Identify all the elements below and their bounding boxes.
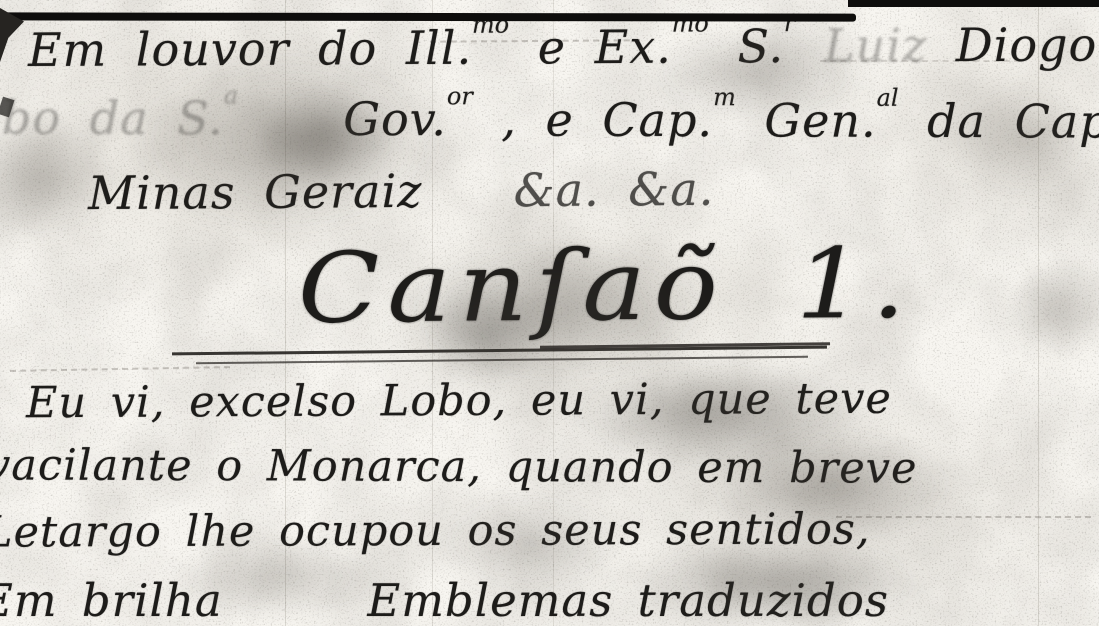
verse-line-1: Eu vi, excelso Lobo, eu vi, que teve <box>26 374 892 429</box>
smudged-word: bo da S. <box>2 91 224 146</box>
verse-text: Eu vi, excelso Lobo, eu vi, que teve <box>26 374 892 429</box>
verse-line-2: vacilante o Monarca, quando em breve <box>0 440 918 493</box>
etcetera-abbreviation: &a. &a. <box>513 162 714 217</box>
abbreviation-superscript: or <box>447 82 473 110</box>
abbreviation-superscript: a <box>224 81 238 109</box>
page-title: Canſaõ 1. <box>298 227 914 345</box>
heading-text: Diogo Lo <box>956 17 1099 72</box>
verse-line-3: Letargo lhe ocupou os seus sentidos, <box>0 504 871 557</box>
verse-text: Emblemas traduzidos <box>367 574 889 626</box>
heading-text: Gen. <box>764 93 876 147</box>
verse-text: vacilante o Monarca, quando em breve <box>0 440 918 493</box>
heading-text: e Ex. <box>538 20 672 75</box>
abbreviation-superscript: m <box>713 83 736 111</box>
heading-line-3: Minas Geraiz &a. &a. <box>88 162 715 220</box>
heading-text: Minas Geraiz <box>88 164 423 220</box>
scan-edge-top-left <box>0 12 856 21</box>
abbreviation-superscript: al <box>877 84 899 112</box>
verse-text: Letargo lhe ocupou os seus sentidos, <box>0 504 871 557</box>
title-word: Canſaõ <box>298 228 726 345</box>
heading-text: da Capitania de <box>927 94 1099 149</box>
verse-line-4: Em brilha Emblemas traduzidos <box>0 574 889 626</box>
verse-text: Em brilha <box>0 574 223 626</box>
heading-line-1: Em louvor do Ill.mo e Ex.mo S.r Luiz Dio… <box>28 17 1099 77</box>
guide-line <box>836 516 1091 518</box>
heading-text: Gov. <box>343 92 447 146</box>
smudged-word: Luiz <box>824 18 927 73</box>
heading-text: S. <box>737 19 784 73</box>
heading-line-2: bo da S.a Gov.or , e Cap.m Gen.al da Cap… <box>2 91 1099 150</box>
title-underline <box>172 346 827 356</box>
scan-edge-top-right <box>848 0 1099 7</box>
ink-stain <box>1010 255 1099 360</box>
title-underline <box>196 356 808 364</box>
heading-text: , e Cap. <box>501 92 713 147</box>
heading-text: Em louvor do Ill. <box>28 21 472 77</box>
manuscript-scan: Em louvor do Ill.mo e Ex.mo S.r Luiz Dio… <box>0 0 1099 626</box>
guide-line <box>10 366 230 372</box>
title-number: 1. <box>795 227 913 341</box>
